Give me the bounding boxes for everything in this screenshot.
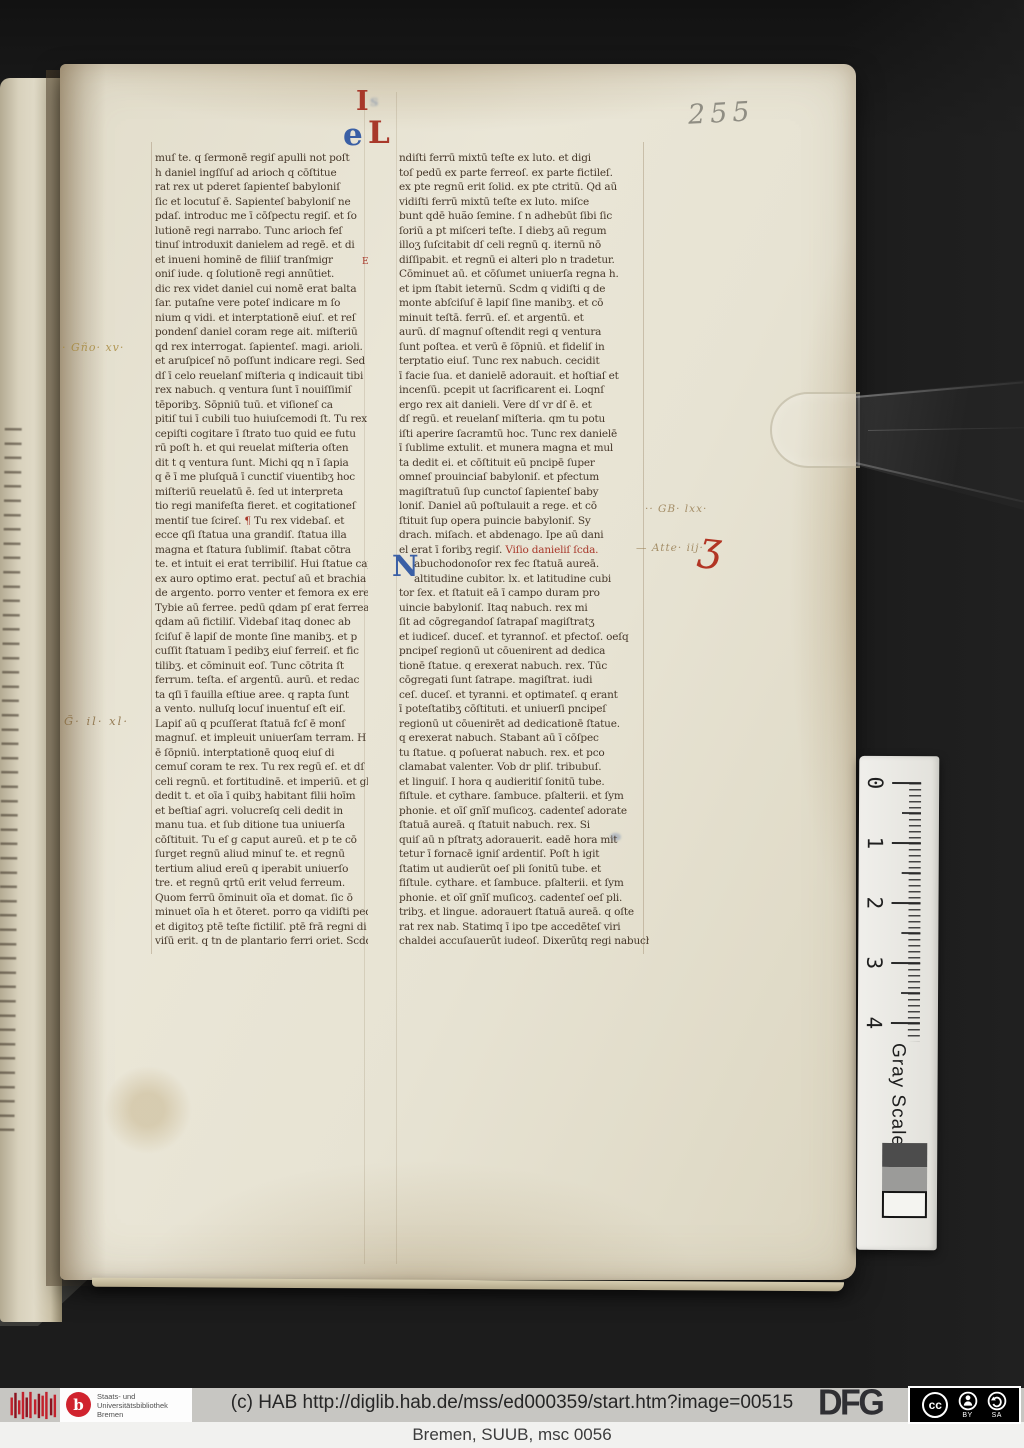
margin-note: ·· GB· lxx· [645,503,707,515]
manuscript-line: rū poſt h. et qui reuelat miſteria oſten [155,441,368,456]
manuscript-line: tetur ī fornacē igniſ ardentiſ. Poſt h i… [399,847,649,862]
running-title-letter: I [356,86,369,117]
manuscript-line: ſunt poſtea. et verū ē ſōpniū. et fideli… [399,340,649,355]
gray-patch-mid [882,1167,927,1191]
manuscript-line: ecce qſi ſtatua una grandiſ. ſtatua illa [155,528,368,543]
cc-sa-arrow-icon [987,1391,1007,1411]
manuscript-line: ex auro optimo erat. pectuſ aū et brachi… [155,572,368,587]
manuscript-line: celi regnū. et fortitudinē. et imperiū. … [155,775,368,790]
manuscript-line: el erat ī foribʒ regiſ. Viſio danieliſ ſ… [399,543,649,558]
manuscript-line: ſic et locutuſ ē. Sapienteſ babyloniſ ne [155,195,368,210]
manuscript-line: ī facie ſua. et danielē adorauit. et hoſ… [399,369,649,384]
manuscript-line: loniſ. Daniel aū poſtulauit a rege. et c… [399,499,649,514]
manuscript-line: tēporibʒ. Sōpniū tuū. et viſioneſ ca [155,398,368,413]
manuscript-column-left: muſ te. q ſermonē regiſ apulli not poſth… [155,151,368,951]
manuscript-line: cepiſti cogitare ī ſtrato tuo quid ee fu… [155,427,368,442]
dfg-logo: DFG [818,1383,882,1424]
manuscript-line: q erexerat nabuch. Stabant aū ī cōſpec [399,731,649,746]
manuscript-line: pncipeſ regionū ut cōuenirent ad dedica [399,644,649,659]
ruler-number: 4 [861,1010,887,1036]
manuscript-line: manu tua. et ſub ditione tua uniuerſa [155,818,368,833]
manuscript-line: clamabat valenter. Vob dr pliſ. tribubuſ… [399,760,649,775]
manuscript-line: regionū ut cōuenirēt ad dedicationē ſtat… [399,717,649,732]
manuscript-line: pondenſ daniel coram rege ait. miſteriū [155,325,368,340]
manuscript-line: ſar. putaſne vere poteſ indicare m ſo [155,296,368,311]
manuscript-line: diſſipabit. et regnū ei alteri plo n tra… [399,253,649,268]
manuscript-line: ndiſti ferrū mixtū teſte ex luto. et dig… [399,151,649,166]
manuscript-line: viſū erit. q tn de plantario ferri oriet… [155,934,368,949]
manuscript-line: et linguiſ. I hora q audieritiſ ſonitū t… [399,775,649,790]
manuscript-line: altitudine cubitor. lx. et latitudine cu… [399,572,649,587]
cc-sa-label: SA [992,1412,1002,1419]
manuscript-line: ergo rex ait danieli. Vere dſ vr dſ ē. e… [399,398,649,413]
ruler-gray-scale-label: Gray Scale [886,1043,909,1147]
red-margin-flourish: ʒ [697,523,724,571]
manuscript-line: et aruſpiceſ nō poſſunt indicare regi. S… [155,354,368,369]
manuscript-line: tre. et regnū qrtū erit velud ferreum. [155,876,368,891]
manuscript-line: dſ regū. et reuelanſ miſteria. qm tu pot… [399,412,649,427]
manuscript-line: tionē ſtatue. q erexerat nabuch. rex. Tū… [399,659,649,674]
manuscript-line: cuſſit ſtatuam ī pedibʒ eiuſ ferreiſ. et… [155,644,368,659]
manuscript-line: rat rex nab. Statimq ī ipo tpe accedēteſ… [399,920,649,935]
running-title-letter: L [368,115,390,151]
manuscript-line: tribʒ. et lingue. adorauert ſtatuā aureā… [399,905,649,920]
manuscript-line: et beſtiaſ agri. volucreſq celi dedit in [155,804,368,819]
manuscript-line: quiſ aū n pſtratʒ adorauerit. eadē hora … [399,833,649,848]
manuscript-line: dic rex videt daniel cui nomē erat balta [155,282,368,297]
manuscript-line: fiſtule. cythare. et ſambuce. pſalterii.… [399,876,649,891]
ruler-mm-ticks [908,783,921,1041]
ruling-line [151,142,152,954]
cc-by-person-icon [958,1391,978,1411]
manuscript-line: ferrum. teſta. eſ argentū. aurū. et reda… [155,673,368,688]
manuscript-line: vidiſti ferrū mixtū teſte ex luto. miſce [399,195,649,210]
manuscript-line: aurū. dſ magnuſ oſtendit regi q ventura [399,325,649,340]
margin-note: · Gño· xv· [62,341,124,354]
manuscript-line: dedit t. et oīa ī quibʒ habitant filii h… [155,789,368,804]
manuscript-line: monte abſciſuſ ē lapiſ ſine manibʒ. et c… [399,296,649,311]
manuscript-line: nium q vidi. et interptationē eiuſ. et r… [155,311,368,326]
manuscript-line: ſtituit ſup opera puincie babyloniſ. Sy [399,514,649,529]
manuscript-line: mentiſ tue ſcireſ. ¶ Tu rex videbaſ. et [155,514,368,529]
manuscript-line: cemuſ coram te rex. Tu rex regū eſ. et d… [155,760,368,775]
manuscript-line: qdam aū fictiliſ. Videbaſ itaq donec ab [155,615,368,630]
manuscript-line: tor ſex. et ſtatuit eā ī campo duram pro [399,586,649,601]
manuscript-line: abuchodonoſor rex fec ſtatuā aureā. [399,557,649,572]
manuscript-line: et iudiceſ. duceſ. et tyrannoſ. et pfect… [399,630,649,645]
manuscript-line: ī poteſtatibʒ cōſtituti. et uniuerſi pnc… [399,702,649,717]
ruler-number: 0 [862,770,888,796]
ruler-number: 3 [861,950,887,976]
manuscript-line: tilibʒ. et cōminuit eoſ. Tunc cōtrita ſt [155,659,368,674]
manuscript-line: rex nabuch. q ventura ſunt ī nouiſſimiſ [155,383,368,398]
manuscript-line: magna et ſtatura ſublimiſ. ſtabat cōtra [155,543,368,558]
ruler-number: 1 [862,830,888,856]
manuscript-line: ta qſi ī fauilla eſtiue aree. q rapta ſu… [155,688,368,703]
manuscript-line: ta dedit ei. et cōſtituit eū pncipē ſupe… [399,456,649,471]
ruling-line [396,92,397,1264]
manuscript-line: iſti aperire ſacramtū hoc. Tunc rex dani… [399,427,649,442]
manuscript-line: et ipm ſtabit ieternū. Scdm q vidiſti q … [399,282,649,297]
manuscript-line: tinuſ introduxit danielem ad regē. et di [155,238,368,253]
manuscript-photo-viewer: I s e L 255 · Gño· xv· G̃· il· xl· ·· GB… [0,0,1024,1448]
manuscript-line: ceſ. duceſ. et tyranni. et optimateſ. q … [399,688,649,703]
manuscript-line: rat rex ut pderet ſapienteſ babyloniſ [155,180,368,195]
margin-note: G̃· il· xl· [64,714,129,728]
gray-patch-white [882,1191,927,1218]
manuscript-line: cōgregati ſunt ſatrape. magiſtrat. iudi [399,673,649,688]
cc-by-sa-badge: cc BY SA [908,1386,1021,1424]
manuscript-line: Quom ferrū ōminuit oīa et domat. ſic ō [155,891,368,906]
manuscript-line: phonie. et oīſ gnīſ muſicoʒ. cadenteſ ad… [399,804,649,819]
manuscript-line: pdaſ. introduc me ī cōſpectu regiſ. et ſ… [155,209,368,224]
manuscript-line: fiſtule. et cythare. ſambuce. pſalterii.… [399,789,649,804]
manuscript-line: ſoriū a pt miſceri teſte. I diebʒ aū reg… [399,224,649,239]
manuscript-line: tertium aliud ereū q iperabit uniuerſo [155,862,368,877]
manuscript-line: de argento. porro venter et femora ex er… [155,586,368,601]
manuscript-line: h daniel ingſſuſ ad arioch q cōſtitue [155,166,368,181]
folio-number: 255 [687,96,755,130]
manuscript-line: Cōminuet aū. et cōſumet uniuerſa regna h… [399,267,649,282]
manuscript-line: minuit teſtā. ferrū. eſ. et argentū. et [399,311,649,326]
manuscript-line: illoʒ ſuſcitabit dſ celi regnū q. iternū… [399,238,649,253]
cc-icon: cc [922,1392,948,1418]
manuscript-line: qd rex interrogat. ſapienteſ. magi. ario… [155,340,368,355]
manuscript-line: lutionē regi narrabo. Tunc arioch feſ [155,224,368,239]
manuscript-line: ſurget regnū aliud minuſ te. et regnū [155,847,368,862]
manuscript-line: terptatio eiuſ. Tunc rex nabuch. cecidit [399,354,649,369]
manuscript-line: ſtatim ut audierūt oeſ pli ſonitū tube. … [399,862,649,877]
manuscript-line: incenſū. pcepit ut ſacrificarent ei. Loq… [399,383,649,398]
plexi-page-holder [770,392,860,468]
manuscript-line: ſit ad cōgregandoſ ſatrapaſ magiſtratʒ [399,615,649,630]
cc-sa-group: SA [987,1391,1007,1419]
manuscript-line: omneſ prouinciaſ babyloniſ. et pfectum [399,470,649,485]
manuscript-line: magiſtratuū ſup cunctoſ ſapienteſ baby [399,485,649,500]
manuscript-line: miſteriū reuelatū ē. ſed ut interpreta [155,485,368,500]
manuscript-line: et inueni hominē de filiiſ tranſmigr [155,253,368,268]
shelfmark-caption: Bremen, SUUB, msc 0056 [0,1425,1024,1445]
cc-by-group: BY [958,1391,978,1419]
manuscript-line: ē ſōpniū. interptationē quoq eiuſ di [155,746,368,761]
manuscript-line: muſ te. q ſermonē regiſ apulli not poſt [155,151,368,166]
manuscript-line: dſ ī celo reuelanſ miſteria q indicauit … [155,369,368,384]
manuscript-line: toſ pedū ex parte ferreoſ. ex parte fict… [399,166,649,181]
manuscript-line: uincie babyloniſ. Itaq nabuch. rex mi [399,601,649,616]
manuscript-line: Lapiſ aū q pcuſſerat ſtatuā fcſ ē monſ [155,717,368,732]
cc-by-label: BY [962,1412,972,1419]
manuscript-line: ſtatuā aureā. q ſtatuit nabuch. rex. Si [399,818,649,833]
manuscript-line: ex pte regnū erit ſolid. ex pte ctritū. … [399,180,649,195]
manuscript-column-right: ndiſti ferrū mixtū teſte ex luto. et dig… [399,151,649,951]
manuscript-line: bunt qdē huão ſemine. ſ n adhebūt ſibi ſ… [399,209,649,224]
color-calibration-ruler: 01234 Gray Scale [857,756,940,1250]
manuscript-line: drach. miſach. et abdenago. Ipe aū dani [399,528,649,543]
manuscript-line: minuet oīa h et ōteret. porro qa vidiſti… [155,905,368,920]
manuscript-line: a vento. nulluſq locuſ inuentuſ eſt eiſ. [155,702,368,717]
running-title-flourish: s [370,92,378,110]
manuscript-line: cōſtituit. Tu eſ g caput aureū. et p te … [155,833,368,848]
gray-patch-dark [882,1143,927,1167]
manuscript-line: oniſ iude. q ſolutionē regi annūtiet. [155,267,368,282]
manuscript-line: phonie. et oīſ gnīſ muſicoʒ. cadenteſ oe… [399,891,649,906]
manuscript-line: te. et intuit ei erat terribiliſ. Hui ſt… [155,557,368,572]
running-title-letter: e [343,117,363,153]
manuscript-line: magnuſ. et impleuit uniuerſam terram. H [155,731,368,746]
manuscript-line: dit t q ventura ſunt. Michi qq n ī ſapia [155,456,368,471]
manuscript-line: Tybie aū ferree. pedū qdam pſ erat ferre… [155,601,368,616]
manuscript-line: chaldei accuſauerūt iudeoſ. Dixerūtq reg… [399,934,649,949]
manuscript-line: q ē ī me pluſquā ī cunctiſ viuentibʒ hoc [155,470,368,485]
manuscript-line: tio regi manifeſta fieret. et cogitation… [155,499,368,514]
manuscript-line: pitiſ tui ī cubili tuo huiuſcemodi ſt. T… [155,412,368,427]
illuminated-initial: N [392,549,419,583]
manuscript-line: tu ſtatue. q poſuerat nabuch. rex. et pc… [399,746,649,761]
manuscript-line: ī ſublime extulit. et munera magna et mu… [399,441,649,456]
ruler-number: 2 [861,890,887,916]
manuscript-line: ſciſuſ ē lapiſ de monte ſine manibʒ. et … [155,630,368,645]
manuscript-line: et digitoʒ ptē teſte fictiliſ. ptē frā r… [155,920,368,935]
